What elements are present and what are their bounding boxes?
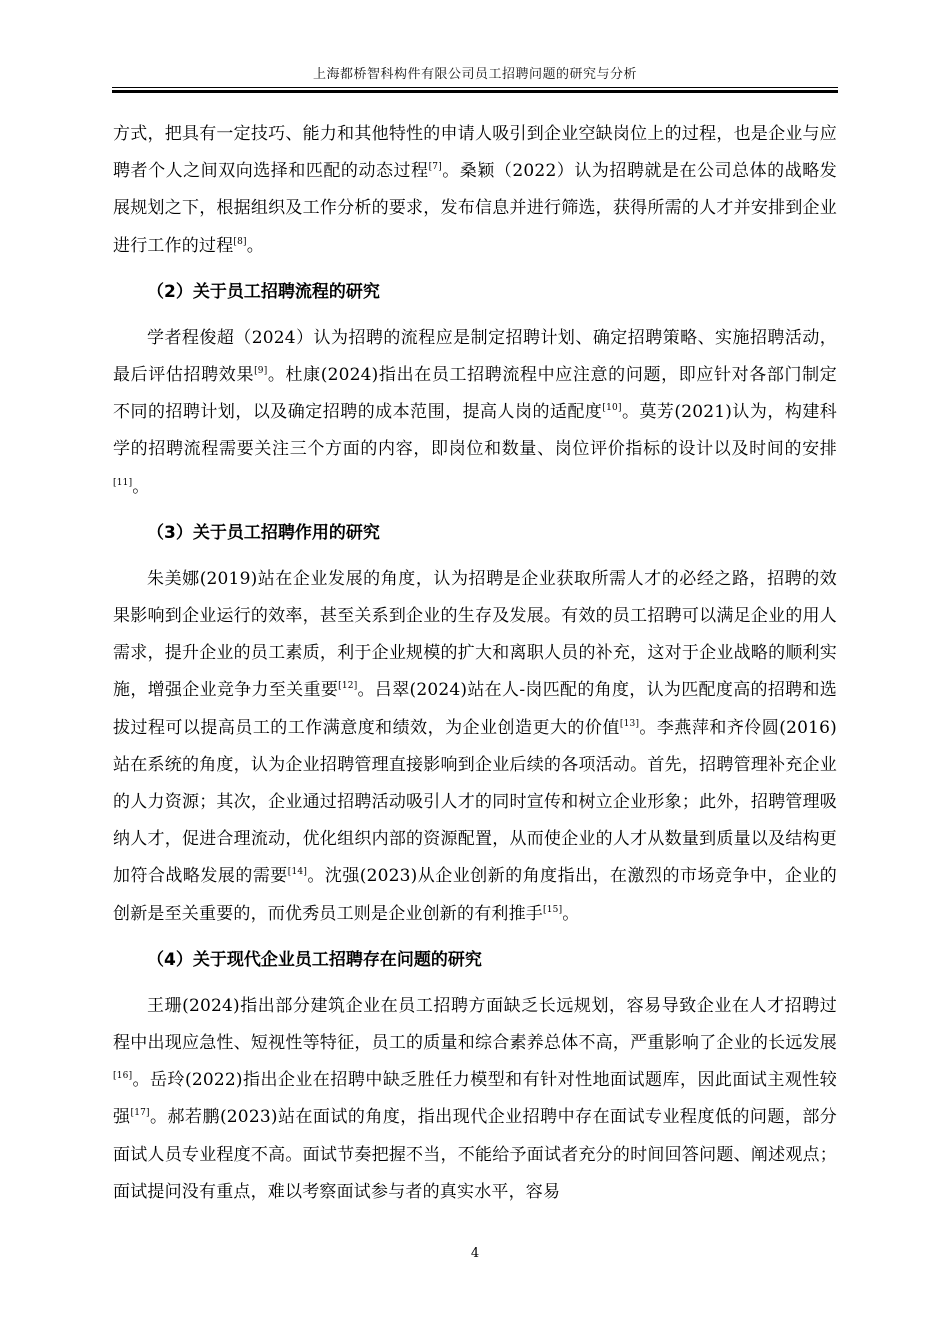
citation-ref: [10] [602, 403, 621, 413]
paragraph-recruitment-process: 学者程俊超（2024）认为招聘的流程应是制定招聘计划、确定招聘策略、实施招聘活动… [113, 320, 837, 506]
text-run: 。 [562, 904, 579, 924]
citation-ref: [16] [113, 1071, 132, 1081]
paragraph-continued: 方式，把具有一定技巧、能力和其他特性的申请人吸引到企业空缺岗位上的过程，也是企业… [113, 116, 837, 265]
text-run: 。 [132, 477, 149, 497]
text-run: 。 [247, 236, 264, 256]
citation-ref: [15] [543, 905, 562, 915]
citation-ref: [11] [113, 478, 132, 488]
header-rule-thick [112, 90, 838, 93]
header-rule-thin [112, 87, 838, 88]
citation-ref: [8] [233, 237, 246, 247]
section-heading-recruitment-role: （3）关于员工招聘作用的研究 [113, 515, 837, 552]
section-heading-recruitment-process: （2）关于员工招聘流程的研究 [113, 274, 837, 311]
paragraph-recruitment-problems: 王珊(2024)指出部分建筑企业在员工招聘方面缺乏长远规划，容易导致企业在人才招… [113, 988, 837, 1211]
text-run: 。郝若鹏(2023)站在面试的角度，指出现代企业招聘中存在面试专业程度低的问题，… [113, 1107, 837, 1201]
citation-ref: [13] [620, 719, 639, 729]
paragraph-recruitment-role: 朱美娜(2019)站在企业发展的角度，认为招聘是企业获取所需人才的必经之路，招聘… [113, 561, 837, 933]
citation-ref: [9] [254, 366, 267, 376]
citation-ref: [7] [429, 162, 442, 172]
text-run: 。李燕萍和齐伶圆(2016)站在系统的角度，认为企业招聘管理直接影响到企业后续的… [113, 718, 837, 887]
citation-ref: [14] [288, 867, 307, 877]
page-number: 4 [0, 1246, 950, 1261]
document-page: 上海都桥智科构件有限公司员工招聘问题的研究与分析 方式，把具有一定技巧、能力和其… [0, 0, 950, 1344]
header-double-rule [112, 87, 838, 93]
citation-ref: [17] [130, 1108, 149, 1118]
text-run: 王珊(2024)指出部分建筑企业在员工招聘方面缺乏长远规划，容易导致企业在人才招… [113, 996, 837, 1053]
section-heading-recruitment-problems: （4）关于现代企业员工招聘存在问题的研究 [113, 942, 837, 979]
body-content: 方式，把具有一定技巧、能力和其他特性的申请人吸引到企业空缺岗位上的过程，也是企业… [113, 116, 837, 1211]
running-header: 上海都桥智科构件有限公司员工招聘问题的研究与分析 [112, 66, 838, 84]
citation-ref: [12] [338, 681, 357, 691]
